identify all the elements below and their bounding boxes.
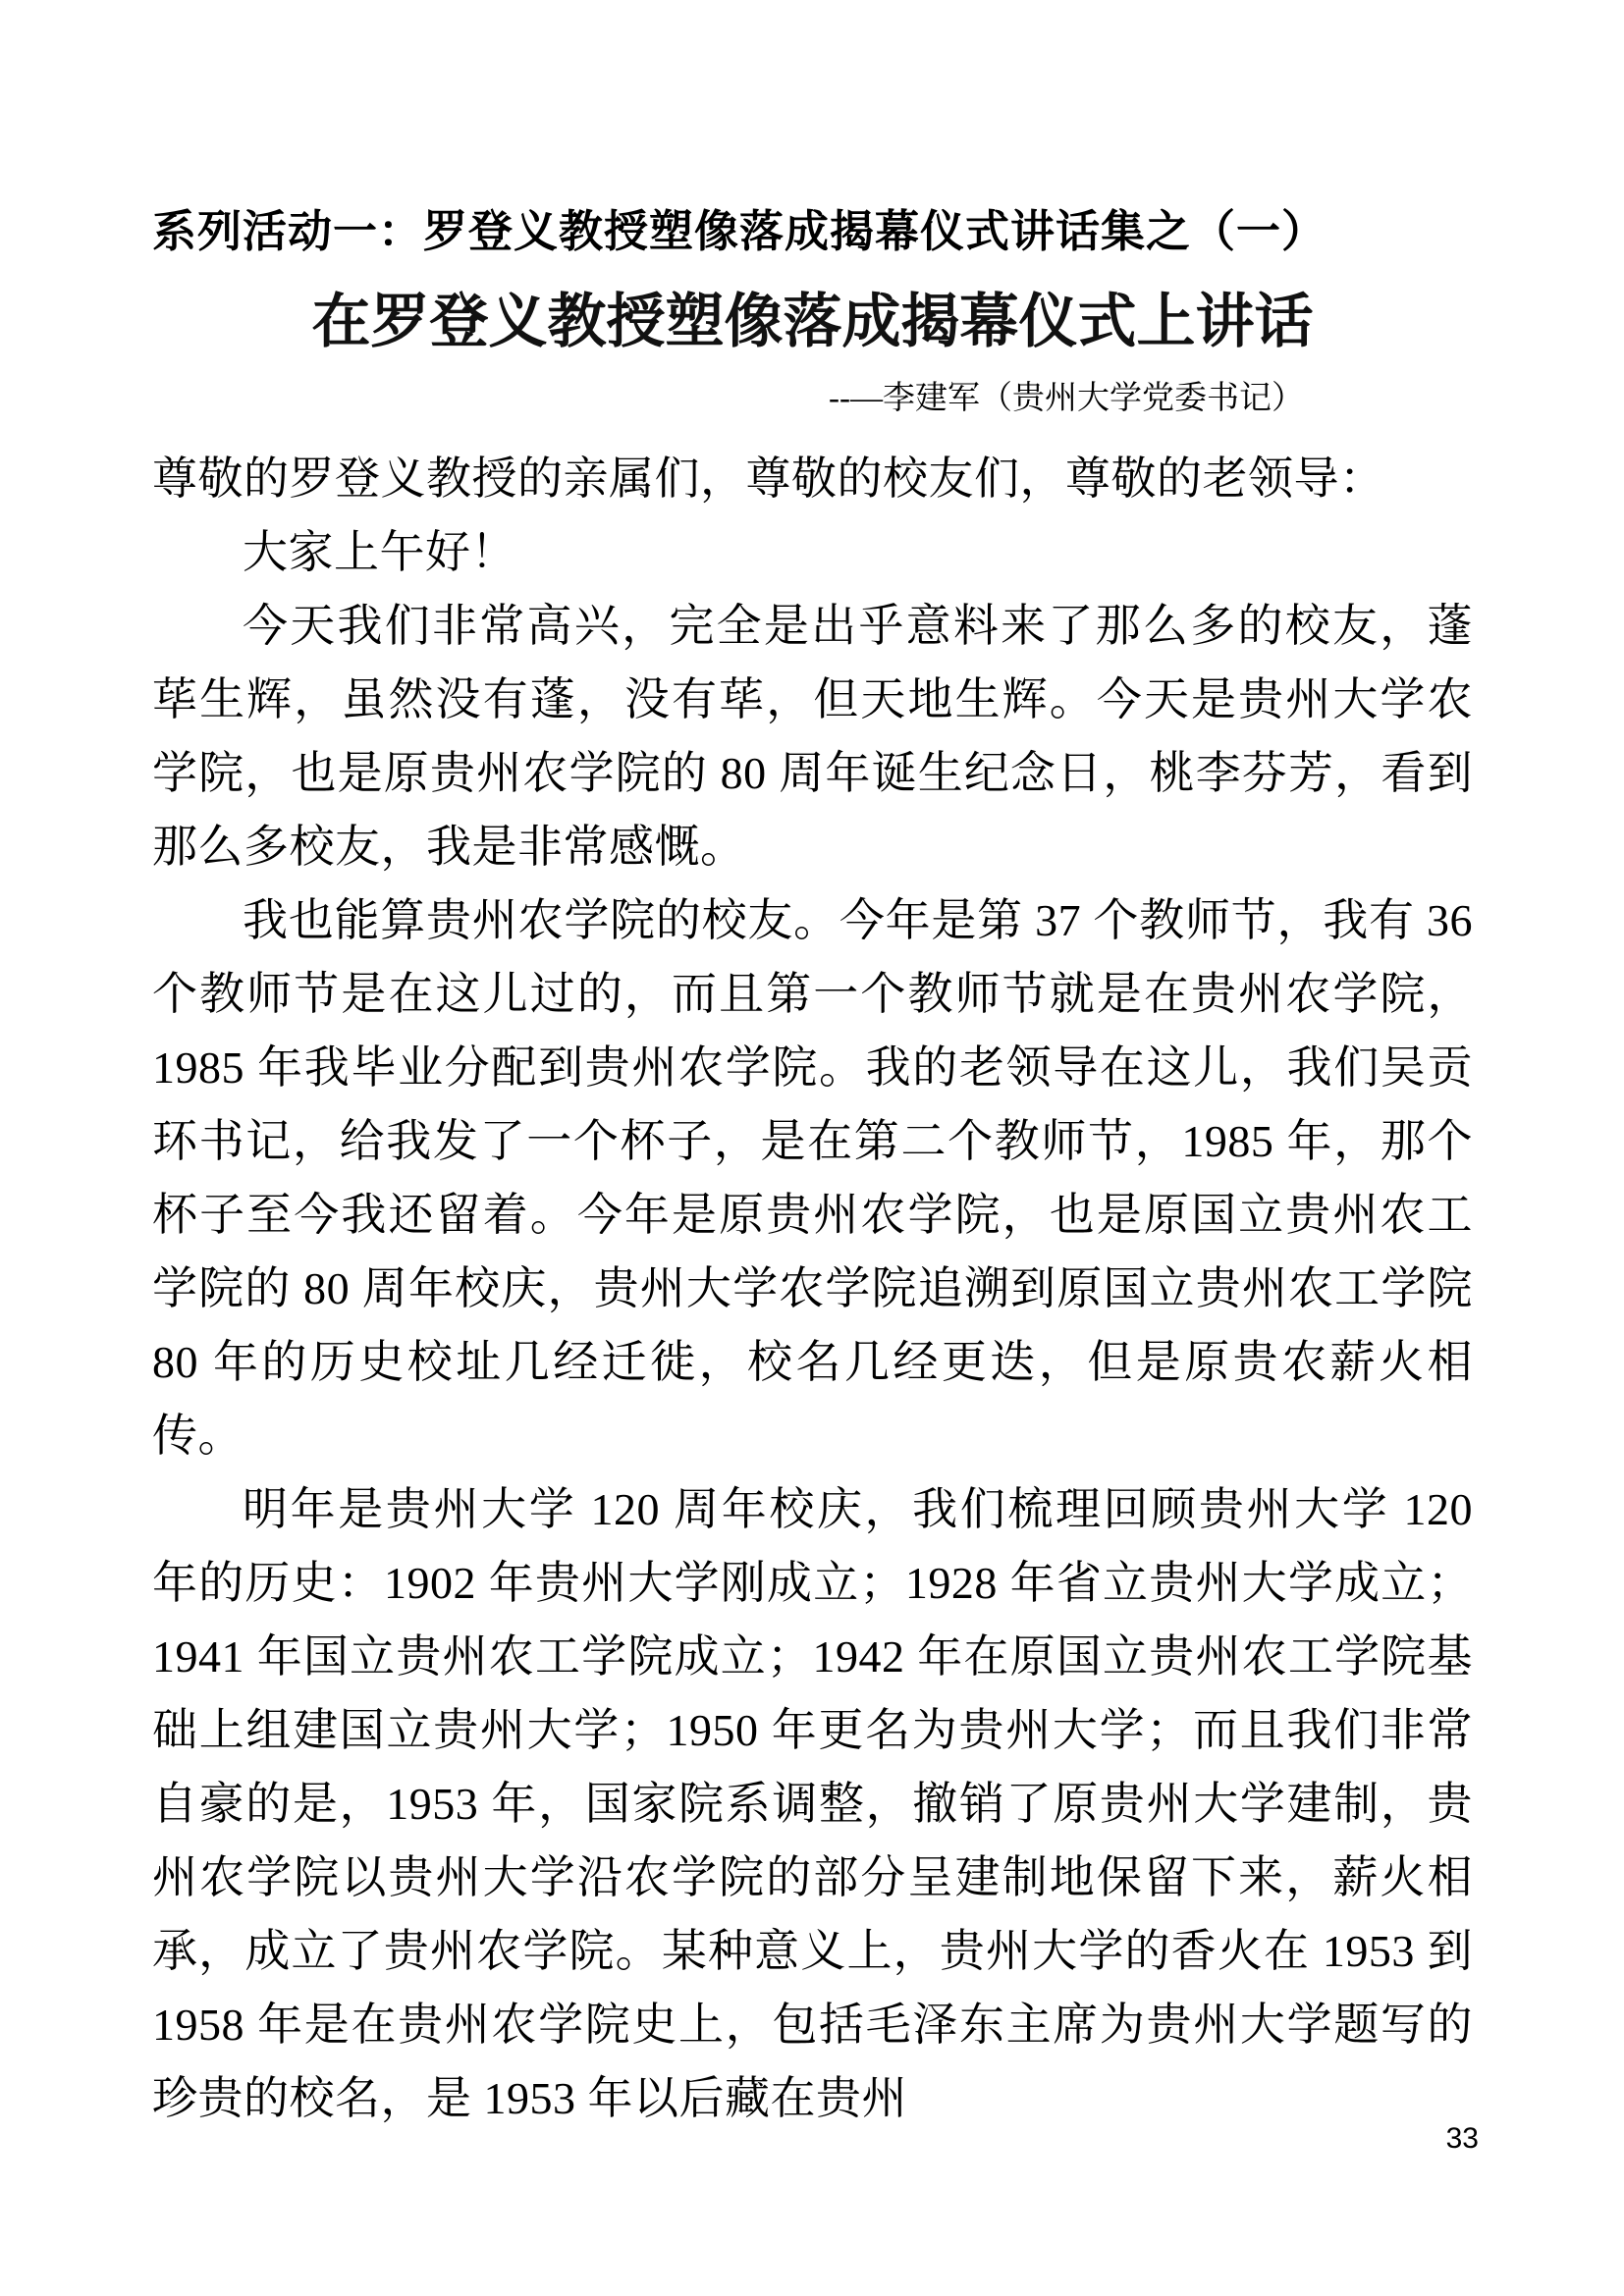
page-number: 33 — [1446, 2122, 1479, 2156]
document-page: 系列活动一：罗登义教授塑像落成揭幕仪式讲话集之（一） 在罗登义教授塑像落成揭幕仪… — [0, 0, 1624, 2296]
paragraph-5: 明年是贵州大学 120 周年校庆，我们梳理回顾贵州大学 120 年的历史：190… — [152, 1472, 1473, 2135]
paragraph-2: 大家上午好！ — [152, 515, 1473, 589]
speaker-attribution: --—李建军（贵州大学党委书记） — [152, 375, 1473, 422]
paragraph-1: 尊敬的罗登义教授的亲属们，尊敬的校友们，尊敬的老领导： — [152, 442, 1473, 515]
series-heading: 系列活动一：罗登义教授塑像落成揭幕仪式讲话集之（一） — [152, 196, 1473, 267]
paragraph-4: 我也能算贵州农学院的校友。今年是第 37 个教师节，我有 36 个教师节是在这儿… — [152, 883, 1473, 1472]
paragraph-3: 今天我们非常高兴，完全是出乎意料来了那么多的校友，蓬荜生辉，虽然没有蓬，没有荜，… — [152, 589, 1473, 883]
page-title: 在罗登义教授塑像落成揭幕仪式上讲话 — [152, 283, 1473, 361]
body-paragraphs: 尊敬的罗登义教授的亲属们，尊敬的校友们，尊敬的老领导：大家上午好！今天我们非常高… — [152, 442, 1473, 2135]
